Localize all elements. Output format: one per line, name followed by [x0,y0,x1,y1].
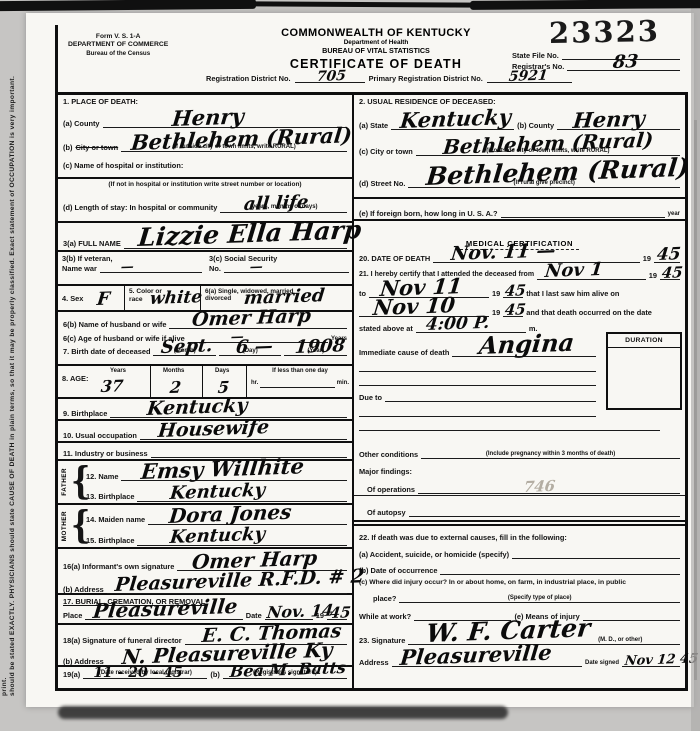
field-date-of-death: 20. DATE OF DEATH Nov. 11 — 19 45 [354,246,685,264]
occupation-label: 10. Usual occupation [63,431,137,440]
reg-district-label: Registration District No. [206,74,291,83]
birth-month-field: Sept. (Month) [153,346,216,356]
spouse-value: Omer Harp [191,307,312,330]
field-father-birthplace: 13. Birthplace Kentucky [81,483,352,503]
mother-name-label: 14. Maiden name [86,515,145,524]
means-field [583,611,680,621]
foreign-born-suffix: year [668,211,680,218]
registrar-sig-value: Bea M. Batts [229,660,347,680]
occurrence-label: (b) Date of occurrence [359,566,437,575]
date-signed-field: Nov 12 45 [622,657,680,667]
field-accident: (a) Accident, suicide, or homicide (spec… [354,543,685,560]
residence-street-label: (d) Street No. [359,179,405,188]
where-label: (c) Where did injury occur? In or about … [359,579,626,587]
section-place-of-death: 1. PLACE OF DEATH: (a) County Henry (b) … [58,95,352,179]
where-note: (Specify type of place) [508,595,572,601]
residence-state-value: Kentucky [399,106,512,131]
due-to-label: Due to [359,393,382,402]
physician-address-value: Pleasureville [399,642,553,668]
registrar-no-value: 83 [612,53,639,72]
foreign-born-label: (e) If foreign born, how long in U. S. A… [359,209,498,218]
mother-name-value: Dora Jones [168,501,293,525]
mother-name-field: Dora Jones [148,515,347,525]
reg-district-field: 705 [295,73,365,83]
section-full-name: 3(a) FULL NAME Lizzie Ella Harp [58,223,352,252]
attended-from-field: Nov 1 [537,270,646,280]
primary-district-label: Primary Registration District No. [369,74,483,83]
field-due-to: Due to [354,387,601,403]
primary-district-value: 5921 [508,69,548,84]
birth-day-value: 6 — [235,338,274,357]
operations-label: Of operations [367,485,415,494]
registrar-sig-num: (b) [210,670,219,679]
autopsy-field [409,507,680,517]
birth-month-value: Sept. [160,338,213,358]
occupation-value: Housewife [157,418,270,441]
burial-place-label: Place [63,611,82,620]
field-ssn: 3(c) Social Security No. — [205,252,352,284]
operations-field: 746 [418,484,680,494]
scan-artifact-top-streak [250,1,480,7]
age-min-label: min. [337,380,349,387]
residence-state-label: (a) State [359,121,388,130]
stay-label: (d) Length of stay: In hospital or commu… [63,203,217,212]
age-months-label: Months [163,368,184,375]
age-months-value: 2 [169,380,182,396]
mother-vertical-label: MOTHER [58,505,71,547]
field-residence-street: (d) Street No. Bethlehem (Rural) (If rur… [354,157,685,189]
certificate-header: COMMONWEALTH OF KENTUCKY Department of H… [196,27,556,71]
ssn-label2: No. [209,264,221,273]
stay-field: all life (years, months or days) [220,203,347,213]
field-age-months: Months 2 [150,366,202,397]
father-birthplace-label: 13. Birthplace [86,492,134,501]
due-to-extra-line [359,421,660,431]
section-registrar: 19(a) 11 - 20 - 45 (Date received by loc… [58,667,352,688]
mother-birthplace-label: 15. Birthplace [86,536,134,545]
duration-label: DURATION [608,334,680,348]
field-other-conditions: Other conditions (Include pregnancy with… [354,432,685,460]
field-autopsy: Of autopsy [354,496,685,518]
father-name-value: Emsy Willhite [140,455,305,482]
burial-place-field: Pleasureville [85,610,242,620]
section-mother: MOTHER { 14. Maiden name Dora Jones 15. … [58,505,352,549]
field-city-town: (b) City or town Bethlehem (Rural) (If o… [58,129,352,153]
bureau-line: Bureau of the Census [68,50,168,58]
margin-note-line2: print. [1,28,8,696]
occupation-field: Housewife [140,430,347,440]
field-mother-name: 14. Maiden name Dora Jones [81,506,352,526]
city-prefix: (b) [63,143,72,152]
age-label: 8. AGE: [62,374,88,383]
informant-address-field: Pleasureville R.F.D. # 2 [107,584,347,594]
due-to-extra-line [359,407,596,417]
attended-from-year-field: 45 [660,270,680,280]
father-name-field: Emsy Willhite [121,471,347,481]
field-age-years: 8. AGE: Years 37 [58,366,150,397]
field-informant-address: (b) Address Pleasureville R.F.D. # 2 [58,572,352,595]
sex-value: F [96,291,111,310]
age-hr-field [260,378,334,388]
cause-field: Angina [452,347,596,357]
field-occurrence-date: (b) Date of occurrence [354,560,685,576]
scan-artifact-top-streak [470,0,700,10]
section-informant: 16(a) Informant's own signature Omer Har… [58,549,352,595]
due-to-field [385,392,596,402]
double-rule [354,520,685,526]
date-of-death-label: 20. DATE OF DEATH [359,254,430,263]
left-column: 1. PLACE OF DEATH: (a) County Henry (b) … [58,95,354,688]
work-label: While at work? [359,612,411,621]
section-spouse-birthdate: 6(b) Name of husband or wife Omer Harp 6… [58,312,352,366]
cause-extra-line [359,376,596,386]
sex-label: 4. Sex [62,294,83,303]
burial-date-value: Nov. 14 [266,603,334,621]
stay-value: all life [243,193,309,213]
field-foreign-born: (e) If foreign born, how long in U. S. A… [354,199,685,221]
burial-year-value: 45 [329,606,351,622]
mother-brace: { [71,500,81,552]
scan-artifact-top-streak [0,0,256,11]
section-external-causes: 22. If death was due to external causes,… [354,528,685,622]
field-mother-birthplace: 15. Birthplace Kentucky [81,527,352,547]
dept-of-health: Department of Health [196,39,556,46]
bureau-vital-statistics: BUREAU OF VITAL STATISTICS [196,46,556,55]
county-label: (a) County [63,119,100,128]
registrar-sig-field: Bea M. Batts (Registrar's signature) [223,669,347,679]
section-age: 8. AGE: Years 37 Months 2 Days 5 If less… [58,366,352,399]
death-year-field: 45 [654,253,680,263]
age-years-value: 37 [100,379,124,396]
form-number: Form V. S. 1-A [68,33,168,41]
received-num: 19(a) [63,670,80,679]
field-occupation: 10. Usual occupation Housewife [58,421,352,443]
date-of-death-field: Nov. 11 — [433,253,640,263]
residence-street-value: Bethlehem (Rural) [425,155,690,189]
scanned-death-certificate: { "doc": { "stamp_number": "23323", "for… [0,0,700,731]
margin-instructions: print. should be stated EXACTLY. PHYSICI… [1,28,16,696]
other-conditions-note: (Include pregnancy within 3 months of de… [486,451,615,457]
other-conditions-field: (Include pregnancy within 3 months of de… [421,449,680,459]
father-name-label: 12. Name [86,472,118,481]
burial-date-label: Date [246,611,262,620]
field-age-days: Days 5 [202,366,246,397]
pencil-annotation: 746 [523,479,556,495]
date-signed-value: Nov 12 45 [624,652,699,668]
to-label: to [359,289,366,298]
residence-city-value: Bethlehem (Rural) [442,130,654,157]
full-name-field: Lizzie Ella Harp [124,239,347,249]
father-birthplace-value: Kentucky [169,481,266,502]
certificate-title: CERTIFICATE OF DEATH [196,57,556,71]
city-value: Bethlehem (Rural) [130,124,353,153]
age-days-label: Days [215,368,229,375]
form-identification: Form V. S. 1-A DEPARTMENT OF COMMERCE Bu… [68,33,168,57]
stated-label: stated above at [359,324,413,333]
last-seen-label: that I last saw him alive on [526,289,619,298]
state-file-no-label: State File No. [512,51,559,60]
spouse-field: Omer Harp [169,319,347,329]
birthplace-label: 9. Birthplace [63,409,107,418]
physician-address-field: Pleasureville [392,657,582,667]
file-number-stamp: 23323 [549,14,660,50]
full-name-label: 3(a) FULL NAME [63,239,121,248]
accident-field [512,549,680,559]
where-label2: place? [373,594,396,603]
burial-year-field: 45 [327,610,347,620]
section-residence: 2. USUAL RESIDENCE OF DECEASED: (a) Stat… [354,95,685,199]
full-name-value: Lizzie Ella Harp [137,217,363,250]
residence-state-field: Kentucky [391,120,514,130]
field-where: place? (Specify type of place) [354,588,685,604]
cause-label: Immediate cause of death [359,348,449,357]
residence-street-field: Bethlehem (Rural) (If rural give precinc… [408,178,680,188]
occurred-label: and that death occurred on the date [526,308,652,317]
last-seen-year-value: 45 [504,302,526,318]
age-years-label: Years [110,368,126,375]
death-year-value: 45 [656,246,681,264]
other-conditions-label: Other conditions [359,450,418,459]
external-title: 22. If death was due to external causes,… [359,533,567,542]
duration-box: DURATION [606,332,682,410]
ssn-value: — [249,260,263,274]
section-veteran-ssn: 3(b) If veteran, Name war — 3(c) Social … [58,252,352,286]
field-spouse: 6(b) Name of husband or wife Omer Harp [58,312,352,330]
attended-from-year-value: 45 [661,265,683,281]
registration-district-line: Registration District No. 705 Primary Re… [206,73,646,83]
department-line: DEPARTMENT OF COMMERCE [68,41,168,49]
last-seen-year-field: 45 [503,307,523,317]
birth-day-field: 6 — (Day) [219,346,282,356]
field-birth-date: 7. Birth date of deceased Sept. (Month) … [58,344,352,364]
informant-signature-label: 16(a) Informant's own signature [63,562,174,571]
birth-date-label: 7. Birth date of deceased [63,347,150,356]
field-residence-city: (c) City or town Bethlehem (Rural) (If o… [354,131,685,157]
residence-county-label: (b) County [517,121,554,130]
birth-year-value: 1908 [294,338,346,358]
left-border-line [55,25,58,92]
ssn-label1: 3(c) Social Security [209,254,349,263]
veteran-label2: Name war [62,264,97,273]
attended-to-year-value: 45 [504,283,526,299]
received-field: 11 - 20 - 45 (Date received by local reg… [83,669,207,679]
occurrence-field [440,565,680,575]
attended-to-year-field: 45 [503,288,523,298]
field-full-name: 3(a) FULL NAME Lizzie Ella Harp [58,223,352,250]
date-signed-label: Date signed [585,660,619,667]
physician-signature-label: 23. Signature [359,636,405,645]
field-operations: Of operations 746 [354,477,685,495]
field-physician-address: Address Pleasureville Date signed Nov 12… [354,646,685,668]
section-certify: 21. I hereby certify that I attended the… [354,264,685,334]
yr19-3: 19 [492,308,500,317]
veteran-field: — [100,263,202,273]
father-vertical-label: FATHER [58,461,71,503]
ssn-field: — [224,263,349,273]
certify-line3: Nov 10 19 45 and that death occurred on … [354,299,685,318]
scan-artifact-edge [694,120,697,680]
birth-year-field: 1908 (Year) [284,346,347,356]
burial-place-value: Pleasureville [92,596,239,621]
field-burial-place-date: Place Pleasureville Date Nov. 14 19 45 [58,606,352,621]
spouse-label: 6(b) Name of husband or wife [63,320,166,329]
right-column: 2. USUAL RESIDENCE OF DECEASED: (a) Stat… [354,95,685,688]
residence-city-label: (c) City or town [359,147,413,156]
foreign-born-field [501,208,665,218]
informant-address-label: (b) Address [63,585,104,594]
father-birthplace-field: Kentucky [137,492,347,502]
age-days-value: 5 [217,380,230,396]
age-less-label: If less than one day [251,368,349,375]
field-father-name: 12. Name Emsy Willhite [81,462,352,482]
reg-district-value: 705 [316,69,347,84]
scan-artifact-bottom-smear [58,706,508,719]
field-age-less-than-day: If less than one day hr. min. [246,366,352,397]
primary-district-field: 5921 [487,73,572,83]
attended-from-value: Nov 1 [544,261,604,281]
yr19-1: 19 [649,271,657,280]
field-race: 5. Color or race white [124,286,200,311]
cause-value: Angina [478,331,575,358]
field-veteran: 3(b) If veteran, Name war — [58,252,205,284]
physician-signature-sub: (M. D., or other) [598,637,642,643]
place-of-death-title: 1. PLACE OF DEATH: [63,97,138,106]
birthplace-value: Kentucky [146,397,248,420]
registrar-no-field: 83 [567,61,680,71]
major-findings-label: Major findings: [359,467,412,476]
margin-note-line1: should be stated EXACTLY. PHYSICIANS sho… [9,28,16,696]
veteran-value: — [120,260,134,274]
certificate-paper: Form V. S. 1-A DEPARTMENT OF COMMERCE Bu… [26,13,694,707]
death-year-prefix: 19 [643,254,651,263]
informant-address-value: Pleasureville R.F.D. # 2 [114,567,365,595]
where-field: (Specify type of place) [399,593,680,603]
street-note: (If not in hospital or institution write… [108,181,301,189]
commonwealth-title: COMMONWEALTH OF KENTUCKY [196,27,556,39]
field-immediate-cause: Immediate cause of death Angina [354,334,601,358]
field-sex: 4. Sex F [58,286,124,311]
physician-address-label: Address [359,658,389,667]
age-hr-label: hr. [251,380,258,387]
hospital-label: (c) Name of hospital or institution: [63,161,183,170]
field-length-of-stay: (d) Length of stay: In hospital or commu… [58,190,352,214]
mother-birthplace-value: Kentucky [169,525,266,546]
received-value: 11 - 20 - 45 [93,666,183,680]
section-physician: 23. Signature W. F. Carter (M. D., or ot… [354,622,685,688]
race-value: white [149,290,203,309]
accident-label: (a) Accident, suicide, or homicide (spec… [359,550,509,559]
city-field: Bethlehem (Rural) (If outside city or to… [121,142,347,152]
certificate-body: 1. PLACE OF DEATH: (a) County Henry (b) … [55,92,688,691]
autopsy-label: Of autopsy [367,508,406,517]
section-father: FATHER { 12. Name Emsy Willhite 13. Birt… [58,461,352,505]
section-major-findings: Major findings: Of operations 746 [354,464,685,496]
mother-birthplace-field: Kentucky [137,536,347,546]
city-label: City or town [75,143,118,152]
date-of-death-value: Nov. 11 — [450,241,556,264]
cause-extra-line [359,362,596,372]
yr19-2: 19 [492,289,500,298]
burial-date-field: Nov. 14 [265,610,313,620]
